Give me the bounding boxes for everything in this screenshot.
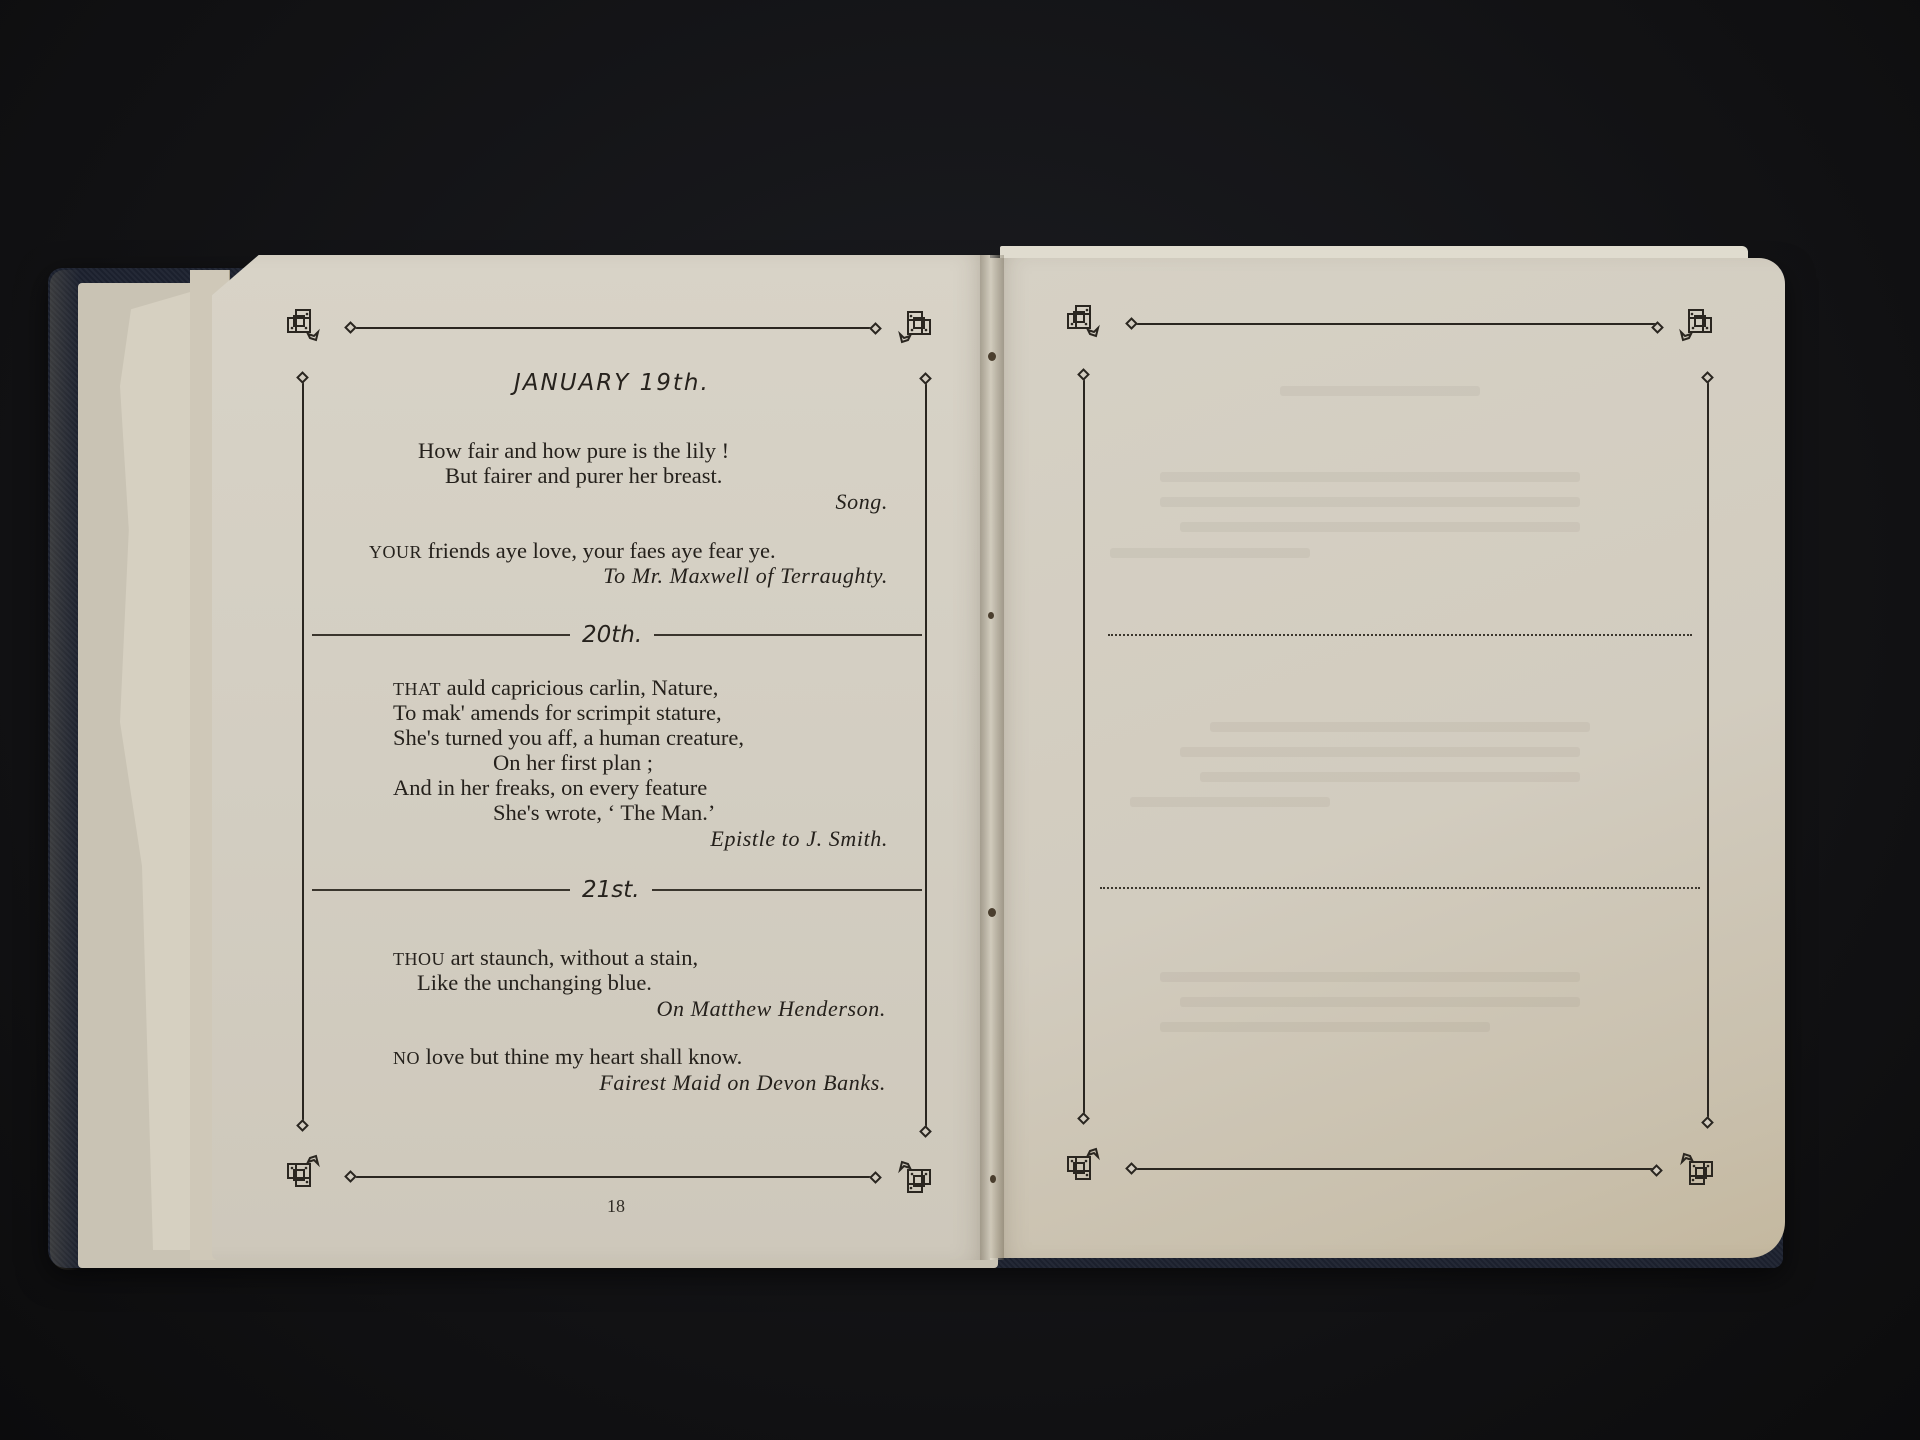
celtic-knot-corner-icon <box>1066 1143 1104 1181</box>
binding-stitch <box>988 612 994 619</box>
quote-line: That auld capricious carlin, Nature, <box>393 675 718 702</box>
quote-line: And in her freaks, on every feature <box>393 775 707 800</box>
show-through-text <box>1160 1022 1490 1032</box>
celtic-knot-corner-icon <box>894 1156 932 1194</box>
day-separator: 20th. <box>312 622 922 648</box>
show-through-text <box>1280 386 1480 396</box>
celtic-knot-corner-icon <box>1066 304 1104 342</box>
quote-line: She's wrote, ‘ The Man.’ <box>493 800 715 825</box>
quote-line: No love but thine my heart shall know. <box>393 1044 742 1071</box>
show-through-text <box>1160 472 1580 482</box>
binding-stitch <box>988 352 996 361</box>
small-caps-lead: No <box>393 1048 420 1068</box>
day-label: 20th. <box>570 622 654 648</box>
celtic-knot-corner-icon <box>1676 1148 1714 1186</box>
show-through-text <box>1160 497 1580 507</box>
quote-attribution: Song. <box>836 489 889 515</box>
day-separator: 21st. <box>312 877 922 903</box>
celtic-knot-corner-icon <box>286 308 324 346</box>
quote-line: She's turned you aff, a human creature, <box>393 725 744 750</box>
small-caps-lead: That <box>393 679 441 699</box>
show-through-text <box>1180 997 1580 1007</box>
binding-stitch <box>990 1175 996 1183</box>
show-through-text <box>1200 772 1580 782</box>
quote-line: To mak' amends for scrimpit stature, <box>393 700 722 725</box>
show-through-text <box>1180 747 1580 757</box>
quote-line: Your friends aye love, your faes aye fea… <box>369 538 776 565</box>
quote-attribution: Fairest Maid on Devon Banks. <box>599 1070 886 1096</box>
quote-line: But fairer and purer her breast. <box>445 463 722 488</box>
quote-line: How fair and how pure is the lily ! <box>418 438 729 463</box>
celtic-knot-corner-icon <box>286 1150 324 1188</box>
cover-worn-edge <box>50 270 80 1270</box>
celtic-knot-corner-icon <box>1675 308 1713 346</box>
quote-attribution: To Mr. Maxwell of Terraughty. <box>603 563 888 589</box>
show-through-text <box>1130 797 1330 807</box>
small-caps-lead: Thou <box>393 949 445 969</box>
right-page <box>990 258 1785 1258</box>
show-through-text <box>1180 522 1580 532</box>
quote-line: Like the unchanging blue. <box>417 970 652 995</box>
celtic-knot-corner-icon <box>894 310 932 348</box>
show-through-text <box>1210 722 1590 732</box>
quote-attribution: Epistle to J. Smith. <box>710 826 888 852</box>
day-label: 21st. <box>570 877 652 903</box>
notes-divider-dotted <box>1100 887 1700 889</box>
quote-line: Thou art staunch, without a stain, <box>393 945 698 972</box>
small-caps-lead: Your <box>369 542 422 562</box>
show-through-text <box>1160 972 1580 982</box>
book-gutter <box>980 255 1004 1260</box>
quote-line: On her first plan ; <box>493 750 653 775</box>
page-number: 18 <box>607 1196 625 1217</box>
quote-attribution: On Matthew Henderson. <box>656 996 886 1022</box>
show-through-text <box>1110 548 1310 558</box>
binding-stitch <box>988 908 996 917</box>
page-heading-date: JANUARY 19th. <box>514 370 710 396</box>
separator-rule <box>312 634 570 636</box>
separator-rule <box>652 889 922 891</box>
separator-rule <box>654 634 922 636</box>
separator-rule <box>312 889 570 891</box>
notes-divider-dotted <box>1108 634 1692 636</box>
